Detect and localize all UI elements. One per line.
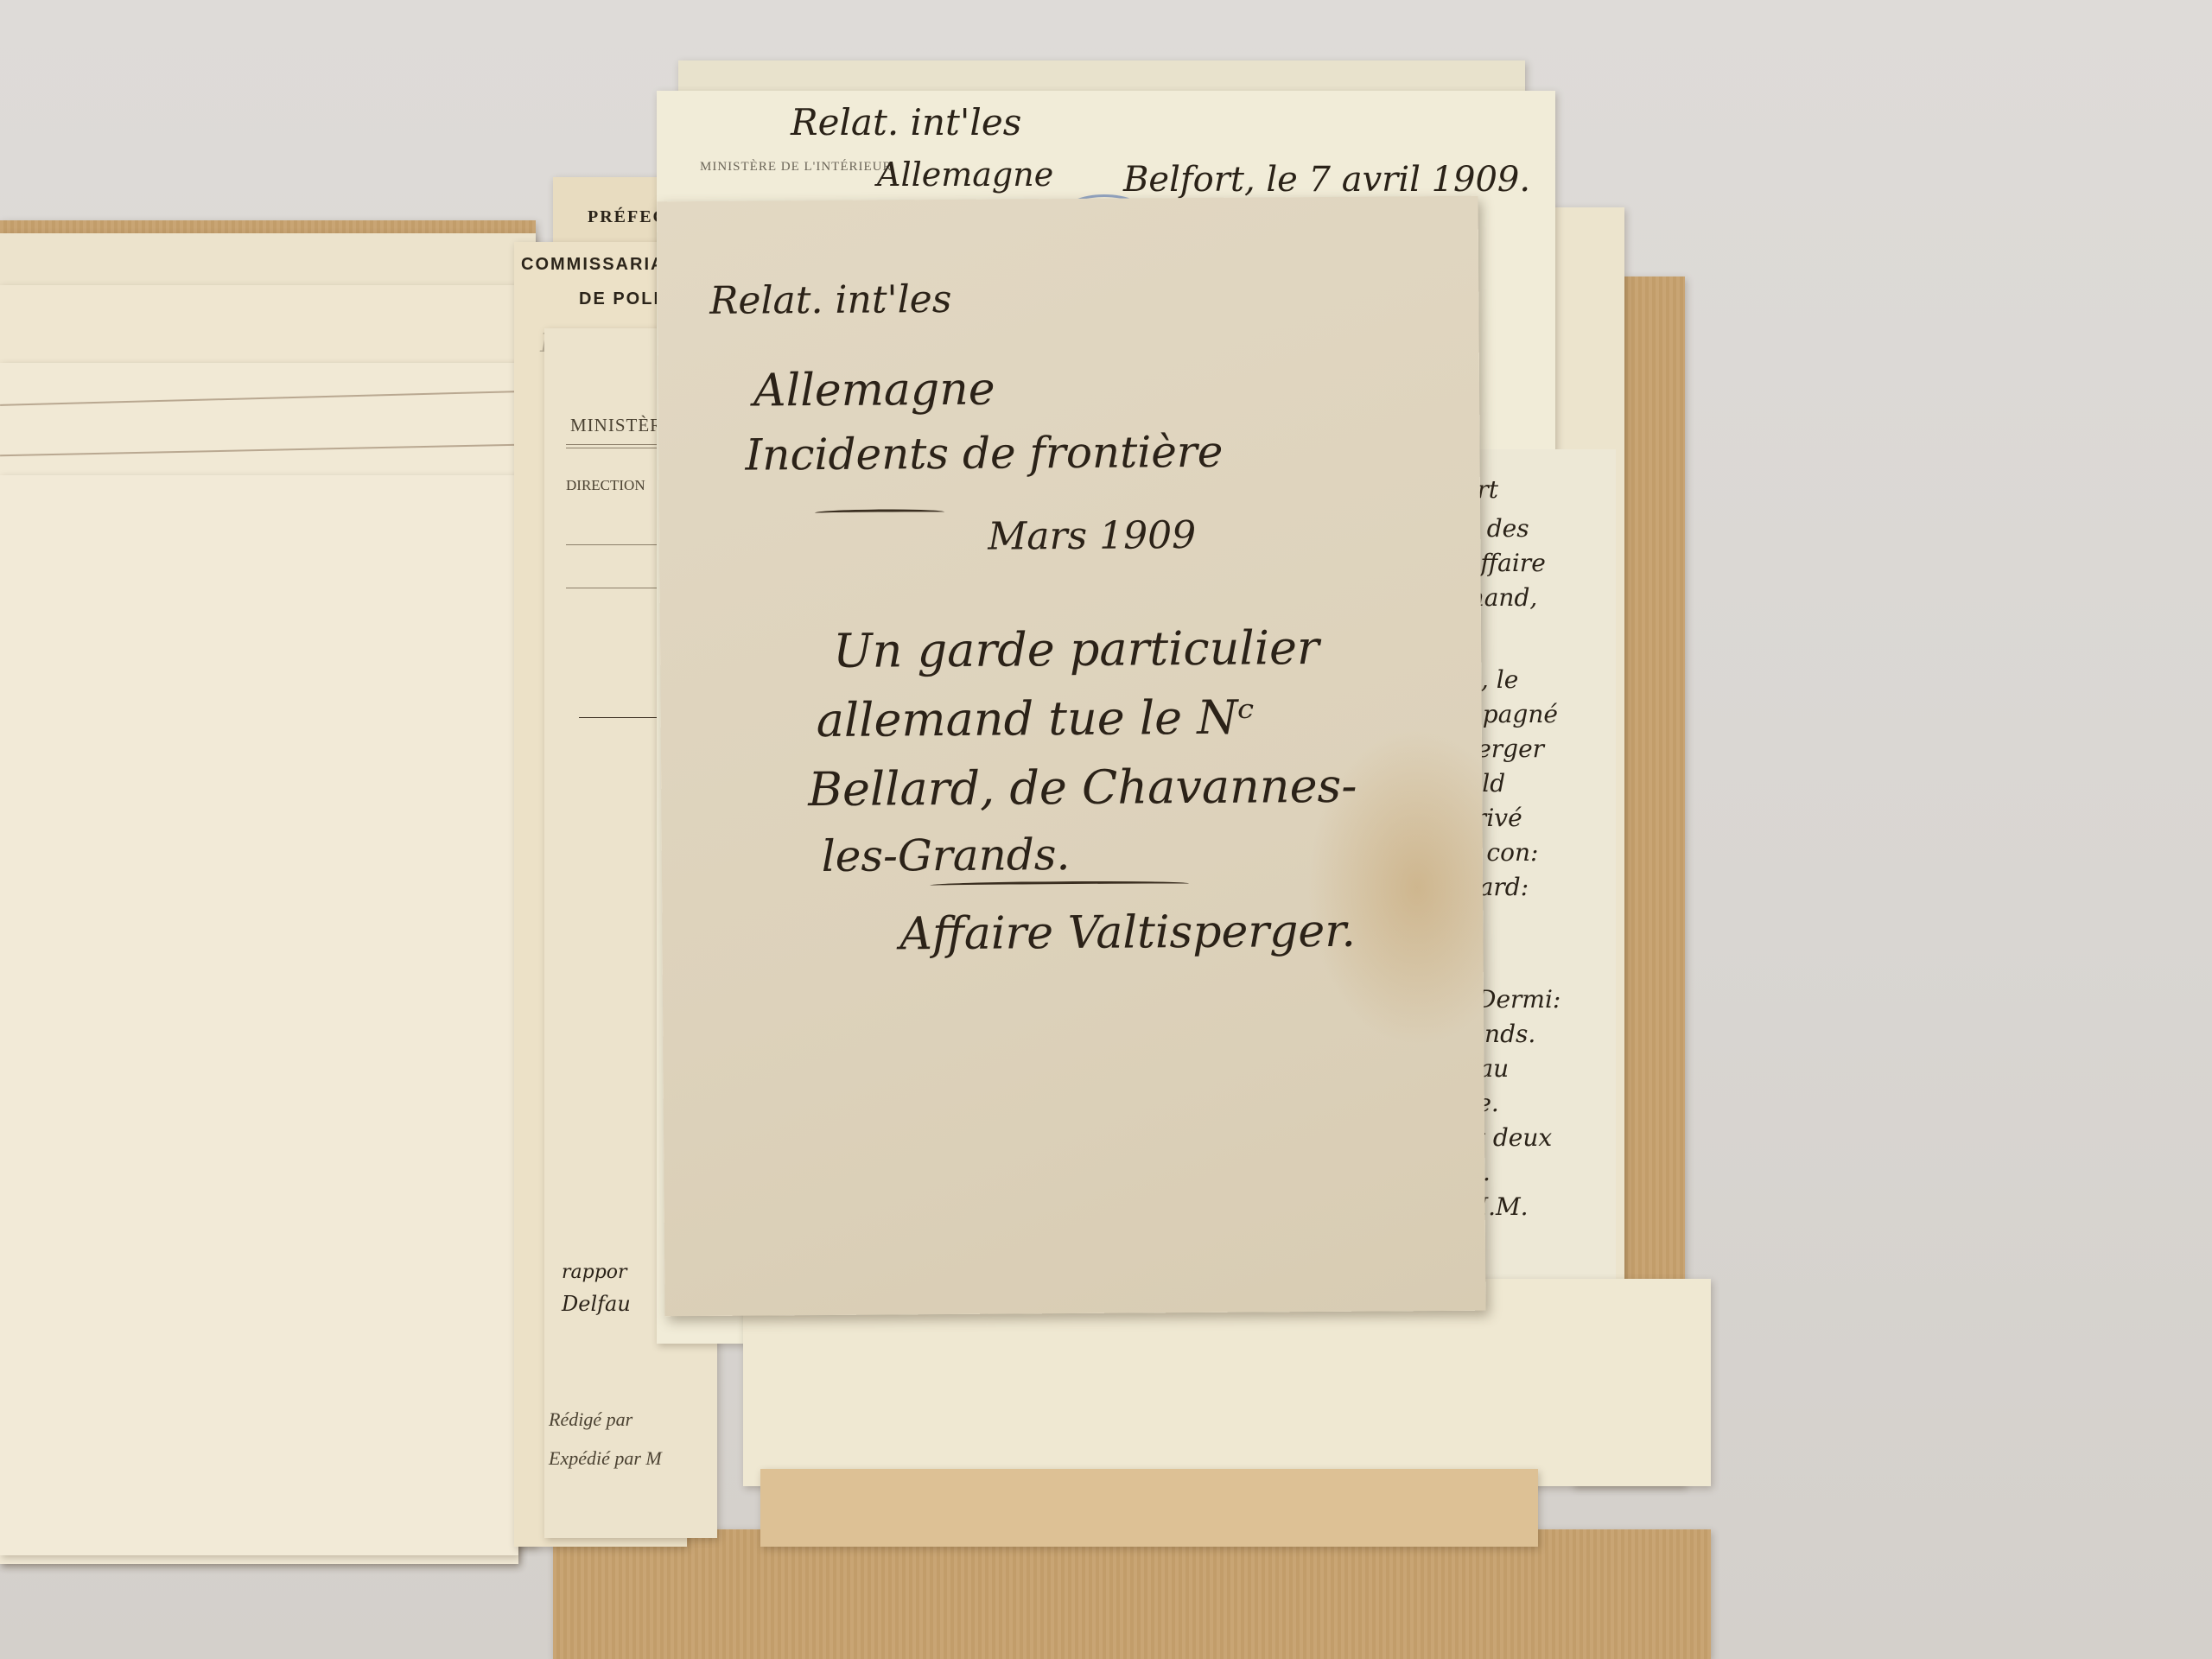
letter-place-date: Belfort, le 7 avril 1909. (1123, 160, 1530, 200)
decorative-squiggle (815, 509, 944, 516)
cover-case-name: Affaire Valtisperger. (899, 906, 1356, 961)
cover-summary-line: Bellard, de Chavannes- (808, 759, 1357, 817)
dossier-cover-sheet: Relat. int'les Allemagne Incidents de fr… (658, 196, 1486, 1317)
lower-folder-flap (760, 1469, 1538, 1547)
paper-edge-line (0, 391, 518, 406)
cover-summary-line: les-Grands. (822, 829, 1071, 881)
commissariat-header-line2: DE POLI (579, 289, 660, 309)
expedie-label: Expédié par M (549, 1447, 662, 1470)
cover-subject: Incidents de frontière (745, 427, 1223, 480)
letter-printed-header-ministry: MINISTÈRE DE L'INTÉRIEUR (700, 160, 893, 175)
redige-label: Rédigé par (549, 1408, 632, 1431)
cover-summary-line: allemand tue le Nᶜ (816, 690, 1254, 748)
margin-note: rappor (562, 1262, 627, 1283)
marginal-note-allemagne: Allemagne (877, 156, 1053, 194)
cover-date: Mars 1909 (988, 513, 1196, 559)
ministere-title: MINISTÈR (570, 415, 663, 436)
folder-bottom-edge (553, 1529, 1711, 1659)
direction-label: DIRECTION (566, 477, 645, 494)
cover-summary-line: Un garde particulier (833, 620, 1319, 678)
marginal-note-relations: Relat. int'les (791, 101, 1021, 143)
margin-note: Delfau (562, 1292, 631, 1316)
cover-country: Allemagne (753, 364, 995, 417)
decorative-squiggle (930, 880, 1189, 888)
left-blank-page (0, 475, 518, 1555)
cover-category: Relat. int'les (709, 277, 951, 323)
paper-edge-line (0, 444, 518, 457)
commissariat-header-line1: COMMISSARIAT (521, 255, 676, 275)
